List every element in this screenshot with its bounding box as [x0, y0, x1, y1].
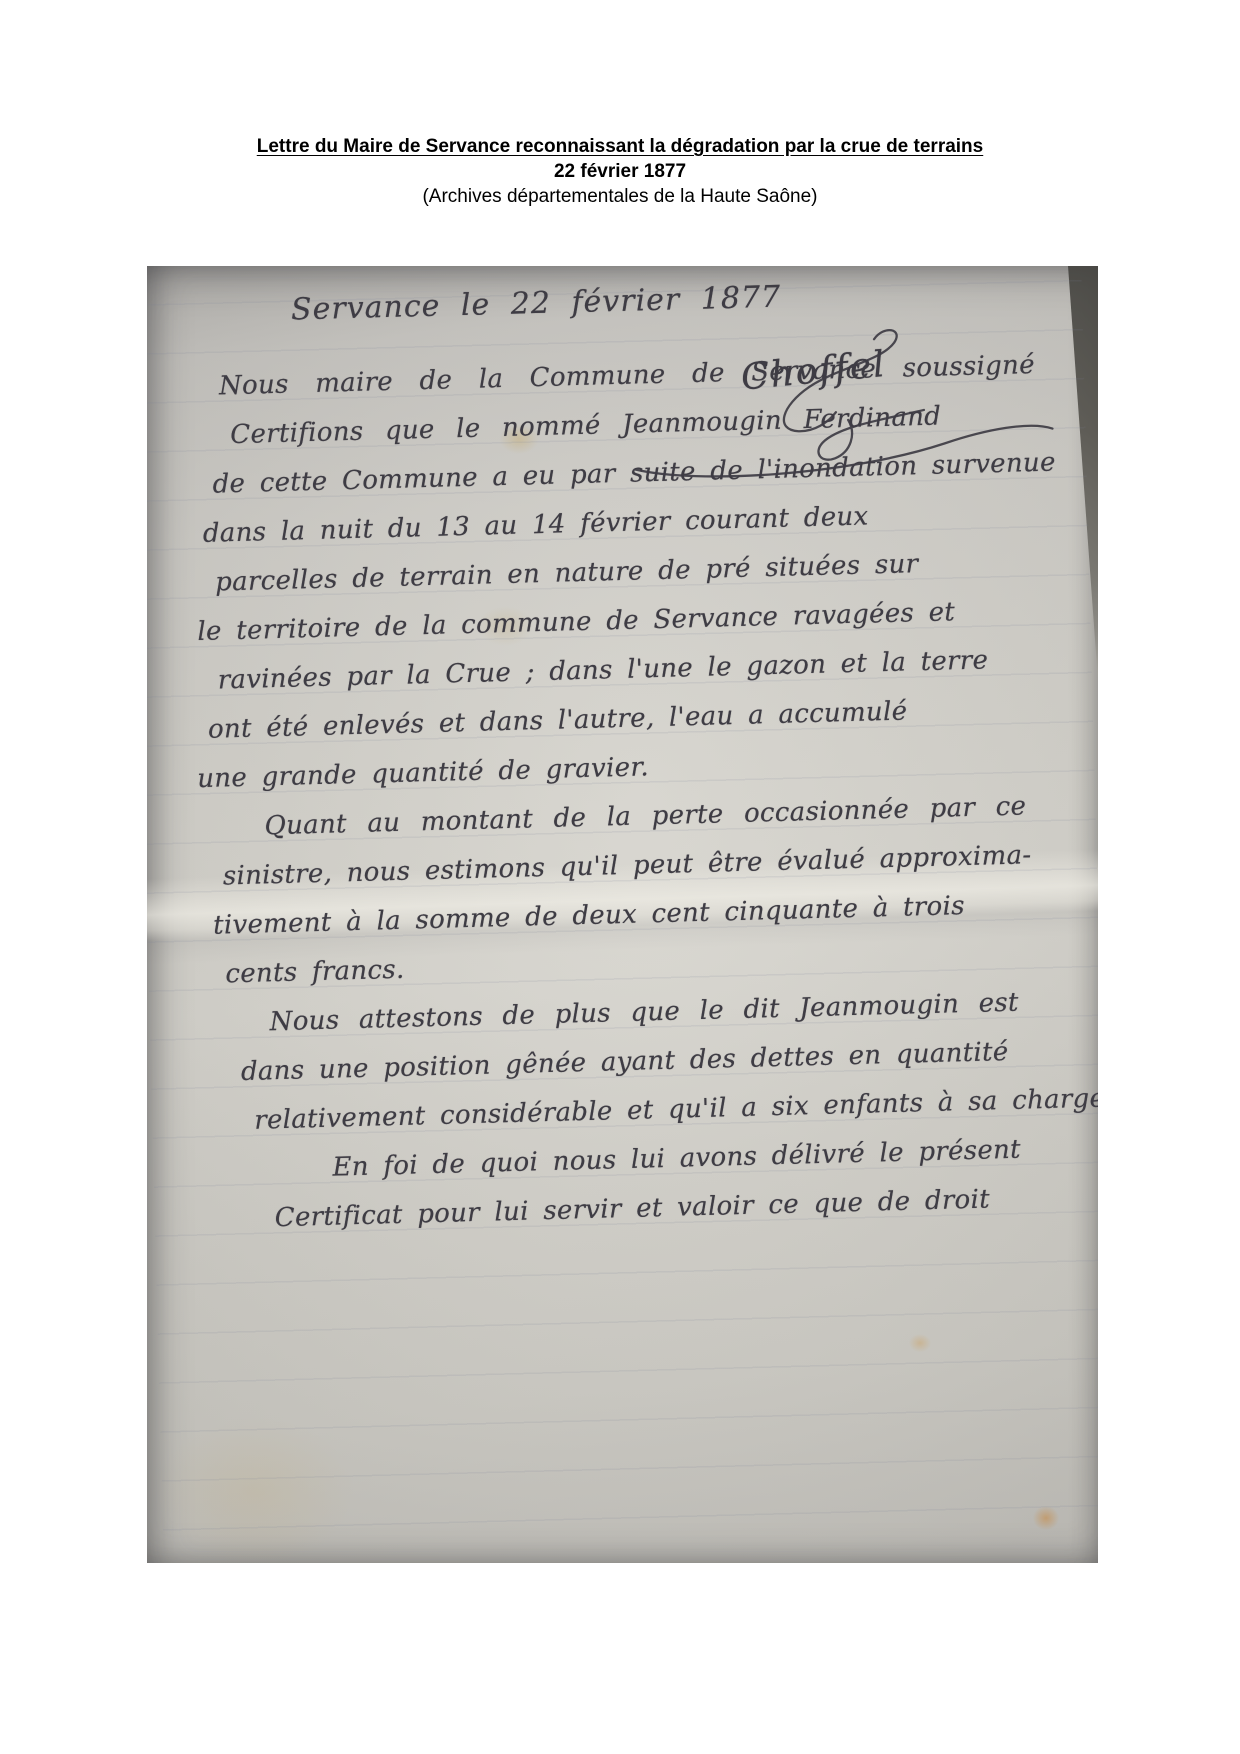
letter-photograph: Nous maire de la Commune de Servance sou… [147, 266, 1098, 1563]
page-subtitle-source: (Archives départementales de la Haute Sa… [0, 184, 1240, 209]
header: Lettre du Maire de Servance reconnaissan… [0, 134, 1240, 209]
letter-text-layer: Nous maire de la Commune de Servance sou… [147, 266, 1098, 1563]
page-title: Lettre du Maire de Servance reconnaissan… [0, 134, 1240, 159]
page-subtitle-date: 22 février 1877 [0, 159, 1240, 184]
signature-flourish-icon [622, 318, 1066, 499]
letter-signature: Choffel [622, 318, 1066, 499]
